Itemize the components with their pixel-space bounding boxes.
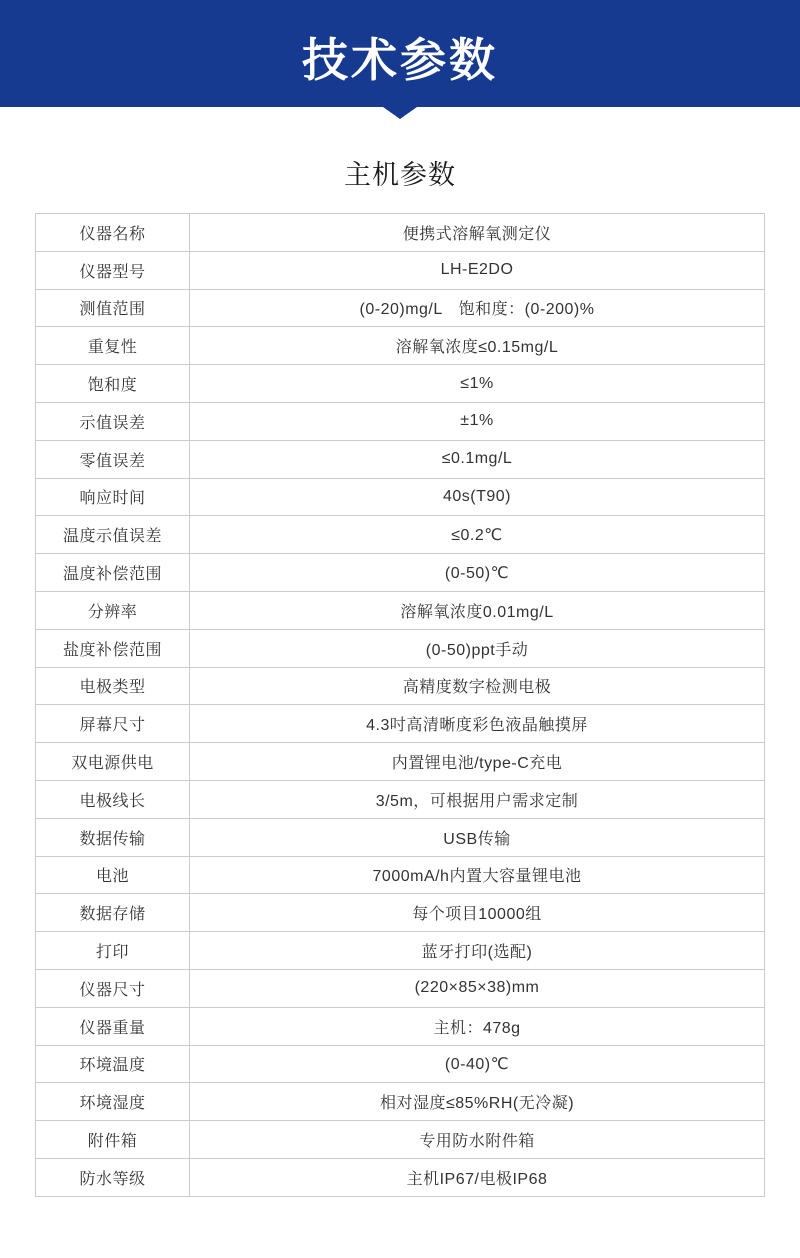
- param-label: 温度补偿范围: [36, 554, 190, 592]
- param-value: ≤1%: [190, 365, 765, 403]
- param-label: 重复性: [36, 327, 190, 365]
- table-row: 打印蓝牙打印(选配): [36, 932, 765, 970]
- table-row: 数据传输USB传输: [36, 818, 765, 856]
- param-label: 响应时间: [36, 478, 190, 516]
- table-row: 饱和度≤1%: [36, 365, 765, 403]
- param-label: 电极线长: [36, 780, 190, 818]
- param-label: 双电源供电: [36, 743, 190, 781]
- param-value: 3/5m，可根据用户需求定制: [190, 780, 765, 818]
- param-label: 分辨率: [36, 591, 190, 629]
- table-row: 示值误差±1%: [36, 402, 765, 440]
- param-value: 4.3吋高清晰度彩色液晶触摸屏: [190, 705, 765, 743]
- param-value: 高精度数字检测电极: [190, 667, 765, 705]
- param-label: 环境湿度: [36, 1083, 190, 1121]
- param-value: 7000mA/h内置大容量锂电池: [190, 856, 765, 894]
- param-label: 附件箱: [36, 1121, 190, 1159]
- param-label: 仪器型号: [36, 251, 190, 289]
- param-value: 专用防水附件箱: [190, 1121, 765, 1159]
- param-label: 饱和度: [36, 365, 190, 403]
- table-row: 环境湿度相对湿度≤85%RH(无冷凝): [36, 1083, 765, 1121]
- table-row: 温度示值误差≤0.2℃: [36, 516, 765, 554]
- table-row: 仪器型号LH-E2DO: [36, 251, 765, 289]
- table-row: 电极线长3/5m，可根据用户需求定制: [36, 780, 765, 818]
- param-value: 溶解氧浓度0.01mg/L: [190, 591, 765, 629]
- banner: 技术参数: [0, 0, 800, 107]
- section-heading: 主机参数: [0, 162, 800, 189]
- param-value: ±1%: [190, 402, 765, 440]
- spec-table: 仪器名称便携式溶解氧测定仪仪器型号LH-E2DO测值范围(0-20)mg/L 饱…: [35, 213, 765, 1197]
- table-row: 仪器尺寸(220×85×38)mm: [36, 969, 765, 1007]
- table-row: 重复性溶解氧浓度≤0.15mg/L: [36, 327, 765, 365]
- param-label: 测值范围: [36, 289, 190, 327]
- param-value: ≤0.1mg/L: [190, 440, 765, 478]
- param-value: 便携式溶解氧测定仪: [190, 214, 765, 252]
- param-label: 数据存储: [36, 894, 190, 932]
- param-label: 仪器尺寸: [36, 969, 190, 1007]
- param-value: (220×85×38)mm: [190, 969, 765, 1007]
- param-value: (0-50)℃: [190, 554, 765, 592]
- table-row: 双电源供电内置锂电池/type-C充电: [36, 743, 765, 781]
- table-row: 附件箱专用防水附件箱: [36, 1121, 765, 1159]
- param-value: (0-40)℃: [190, 1045, 765, 1083]
- param-value: 内置锂电池/type-C充电: [190, 743, 765, 781]
- table-row: 防水等级主机IP67/电极IP68: [36, 1158, 765, 1196]
- param-value: (0-20)mg/L 饱和度：(0-200)%: [190, 289, 765, 327]
- banner-pointer-triangle-icon: [383, 107, 417, 119]
- param-value: ≤0.2℃: [190, 516, 765, 554]
- param-label: 零值误差: [36, 440, 190, 478]
- table-row: 零值误差≤0.1mg/L: [36, 440, 765, 478]
- param-value: 蓝牙打印(选配): [190, 932, 765, 970]
- table-row: 环境温度(0-40)℃: [36, 1045, 765, 1083]
- table-row: 屏幕尺寸4.3吋高清晰度彩色液晶触摸屏: [36, 705, 765, 743]
- param-label: 电极类型: [36, 667, 190, 705]
- param-label: 盐度补偿范围: [36, 629, 190, 667]
- param-label: 数据传输: [36, 818, 190, 856]
- param-value: 主机：478g: [190, 1007, 765, 1045]
- param-label: 示值误差: [36, 402, 190, 440]
- table-row: 响应时间40s(T90): [36, 478, 765, 516]
- param-value: 溶解氧浓度≤0.15mg/L: [190, 327, 765, 365]
- table-row: 温度补偿范围(0-50)℃: [36, 554, 765, 592]
- table-row: 电极类型高精度数字检测电极: [36, 667, 765, 705]
- table-row: 电池7000mA/h内置大容量锂电池: [36, 856, 765, 894]
- param-value: 相对湿度≤85%RH(无冷凝): [190, 1083, 765, 1121]
- param-value: 每个项目10000组: [190, 894, 765, 932]
- param-value: (0-50)ppt手动: [190, 629, 765, 667]
- spec-table-body: 仪器名称便携式溶解氧测定仪仪器型号LH-E2DO测值范围(0-20)mg/L 饱…: [36, 214, 765, 1197]
- table-row: 盐度补偿范围(0-50)ppt手动: [36, 629, 765, 667]
- param-label: 环境温度: [36, 1045, 190, 1083]
- param-value: 40s(T90): [190, 478, 765, 516]
- page: 技术参数 主机参数 仪器名称便携式溶解氧测定仪仪器型号LH-E2DO测值范围(0…: [0, 0, 800, 1258]
- param-value: LH-E2DO: [190, 251, 765, 289]
- param-label: 电池: [36, 856, 190, 894]
- param-value: 主机IP67/电极IP68: [190, 1158, 765, 1196]
- param-label: 仪器重量: [36, 1007, 190, 1045]
- table-row: 分辨率溶解氧浓度0.01mg/L: [36, 591, 765, 629]
- banner-title: 技术参数: [302, 37, 498, 83]
- param-label: 屏幕尺寸: [36, 705, 190, 743]
- table-row: 数据存储每个项目10000组: [36, 894, 765, 932]
- param-value: USB传输: [190, 818, 765, 856]
- param-label: 防水等级: [36, 1158, 190, 1196]
- table-row: 仪器名称便携式溶解氧测定仪: [36, 214, 765, 252]
- param-label: 温度示值误差: [36, 516, 190, 554]
- table-row: 测值范围(0-20)mg/L 饱和度：(0-200)%: [36, 289, 765, 327]
- param-label: 仪器名称: [36, 214, 190, 252]
- table-row: 仪器重量主机：478g: [36, 1007, 765, 1045]
- param-label: 打印: [36, 932, 190, 970]
